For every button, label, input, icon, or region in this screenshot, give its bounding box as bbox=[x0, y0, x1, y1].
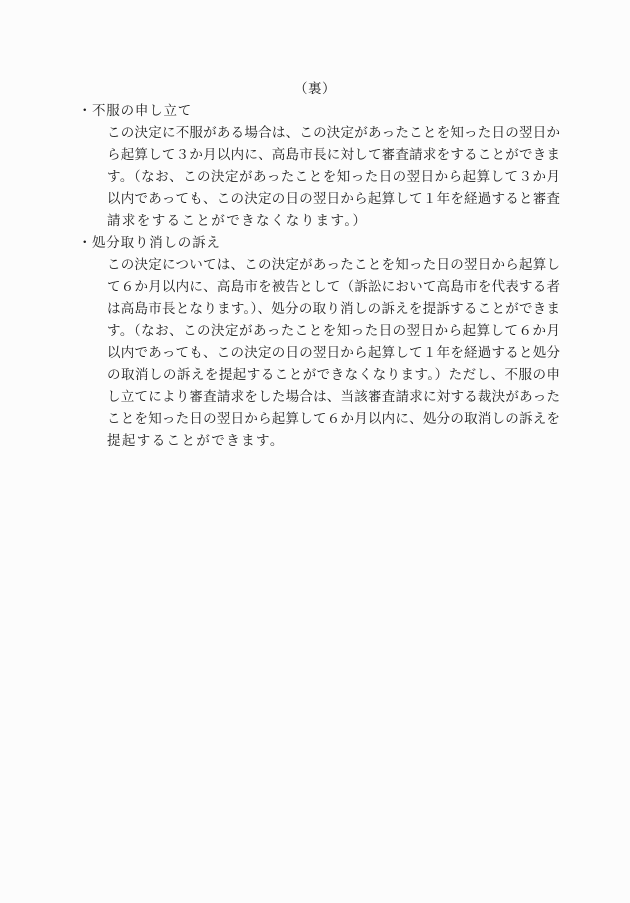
section-paragraph: この決定に不服がある場合は、この決定があったことを知った日の翌日か ら起算して３… bbox=[107, 122, 560, 232]
bullet-icon: ・ bbox=[78, 100, 92, 122]
paragraph-line: て６か月以内に、高島市を被告として（訴訟において高島市を代表する者 bbox=[107, 276, 560, 298]
paragraph-line: す。（なお、この決定があったことを知った日の翌日から起算して６か月 bbox=[107, 320, 560, 342]
section-heading-text: 処分取り消しの訴え bbox=[92, 235, 221, 251]
paragraph-line: す。（なお、この決定があったことを知った日の翌日から起算して３か月 bbox=[107, 166, 560, 188]
paragraph-line: 請求をすることができなくなります。） bbox=[107, 210, 560, 232]
section-heading: ・不服の申し立て bbox=[78, 100, 560, 122]
section-heading-text: 不服の申し立て bbox=[92, 103, 192, 119]
page-title: （裏） bbox=[0, 78, 630, 100]
paragraph-line: この決定については、この決定があったことを知った日の翌日から起算し bbox=[107, 254, 560, 276]
paragraph-line: し立てにより審査請求をした場合は、当該審査請求に対する裁決があった bbox=[107, 386, 560, 408]
paragraph-line: は高島市長となります。）、処分の取り消しの訴えを提訴することができま bbox=[107, 298, 560, 320]
paragraph-line: の取消しの訴えを提起することができなくなります。）ただし、不服の申 bbox=[107, 364, 560, 386]
section-paragraph: この決定については、この決定があったことを知った日の翌日から起算し て６か月以内… bbox=[107, 254, 560, 452]
paragraph-line: この決定に不服がある場合は、この決定があったことを知った日の翌日か bbox=[107, 122, 560, 144]
paragraph-line: ことを知った日の翌日から起算して６か月以内に、処分の取消しの訴えを bbox=[107, 408, 560, 430]
section-revocation-suit: ・処分取り消しの訴え この決定については、この決定があったことを知った日の翌日か… bbox=[78, 232, 560, 452]
paragraph-line: 以内であっても、この決定の日の翌日から起算して１年を経過すると審査 bbox=[107, 188, 560, 210]
paragraph-line: 提起することができます。 bbox=[107, 430, 560, 452]
bullet-icon: ・ bbox=[78, 232, 92, 254]
document-page: （裏） ・不服の申し立て この決定に不服がある場合は、この決定があったことを知っ… bbox=[0, 0, 630, 903]
paragraph-line: 以内であっても、この決定の日の翌日から起算して１年を経過すると処分 bbox=[107, 342, 560, 364]
section-heading: ・処分取り消しの訴え bbox=[78, 232, 560, 254]
section-appeal: ・不服の申し立て この決定に不服がある場合は、この決定があったことを知った日の翌… bbox=[78, 100, 560, 232]
paragraph-line: ら起算して３か月以内に、高島市長に対して審査請求をすることができま bbox=[107, 144, 560, 166]
